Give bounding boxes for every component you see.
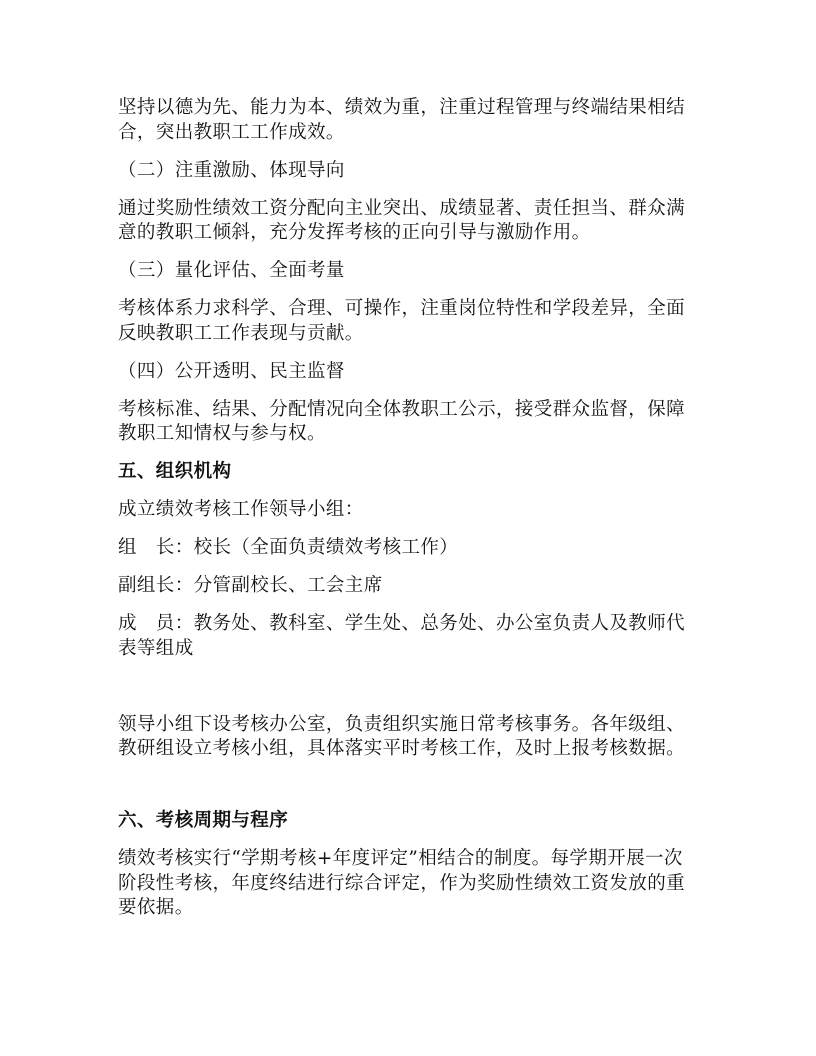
- subheading-2: （二）注重激励、体现导向: [118, 159, 693, 184]
- principle-paragraph-3: 考核体系力求科学、合理、可操作，注重岗位特性和学段差异，全面反映教职工工作表现与…: [118, 297, 693, 346]
- org-intro-paragraph: 成立绩效考核工作领导小组：: [118, 498, 693, 523]
- org-deputy-line: 副组长：分管副校长、工会主席: [118, 574, 693, 599]
- principle-paragraph-1: 坚持以德为先、能力为本、绩效为重，注重过程管理与终端结果相结合，突出教职工工作成…: [118, 96, 693, 145]
- section-heading-cycle: 六、考核周期与程序: [118, 809, 693, 834]
- org-leader-line: 组 长：校长（全面负责绩效考核工作）: [118, 536, 693, 561]
- org-members-line: 成 员：教务处、教科室、学生处、总务处、办公室负责人及教师代表等组成: [118, 612, 693, 661]
- subheading-4: （四）公开透明、民主监督: [118, 360, 693, 385]
- principle-paragraph-2: 通过奖励性绩效工资分配向主业突出、成绩显著、责任担当、群众满意的教职工倾斜，充分…: [118, 197, 693, 246]
- spacer: [118, 775, 693, 809]
- principle-paragraph-4: 考核标准、结果、分配情况向全体教职工公示，接受群众监督，保障教职工知情权与参与权…: [118, 398, 693, 447]
- cycle-paragraph: 绩效考核实行“学期考核+年度评定”相结合的制度。每学期开展一次阶段性考核，年度终…: [118, 847, 693, 921]
- org-office-paragraph: 领导小组下设考核办公室，负责组织实施日常考核事务。各年级组、教研组设立考核小组，…: [118, 713, 693, 762]
- spacer: [118, 675, 693, 713]
- document-page: 坚持以德为先、能力为本、绩效为重，注重过程管理与终端结果相结合，突出教职工工作成…: [118, 96, 693, 934]
- section-heading-organization: 五、组织机构: [118, 460, 693, 485]
- subheading-3: （三）量化评估、全面考量: [118, 259, 693, 284]
